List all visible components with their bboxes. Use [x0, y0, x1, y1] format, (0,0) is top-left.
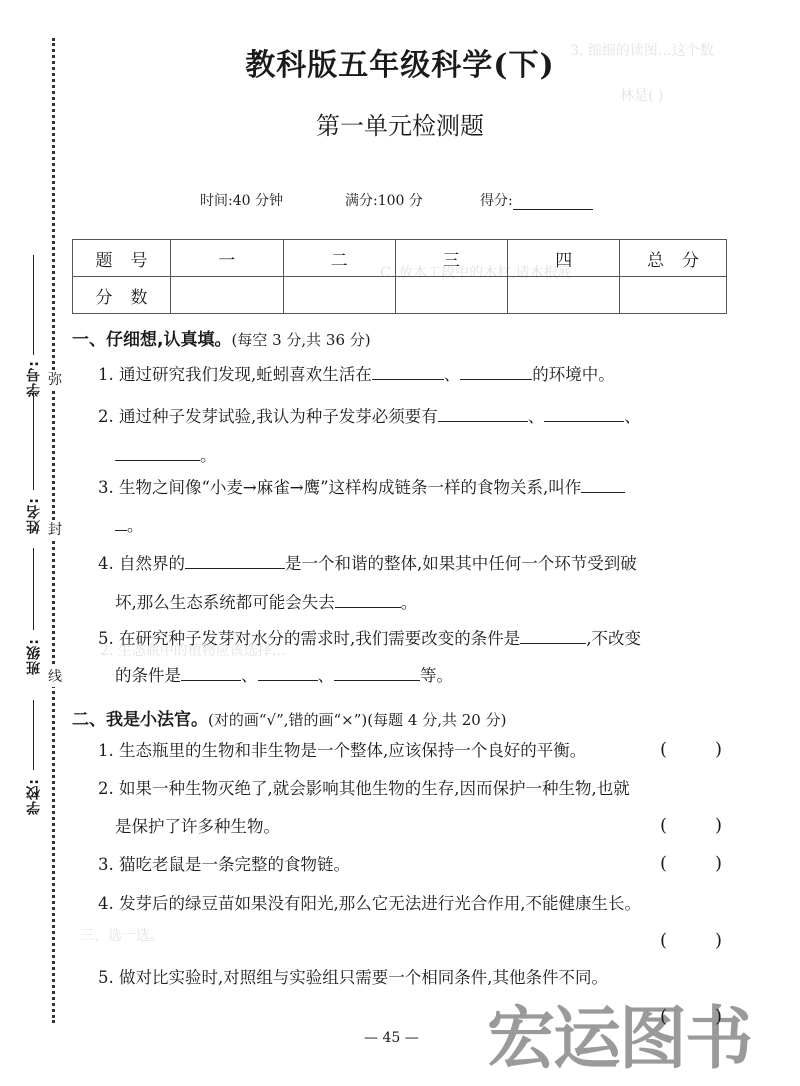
bleed-through-text: 林是( ) — [620, 85, 663, 105]
s1-question-1: 1. 通过研究我们发现,蚯蚓喜欢生活在、的环境中。 — [98, 362, 615, 385]
answer-paren[interactable]: () — [660, 930, 722, 951]
class-label: 班级: — [24, 638, 44, 675]
blank[interactable] — [581, 475, 625, 493]
blank[interactable] — [115, 443, 200, 461]
s2-question-2: 2. 如果一种生物灭绝了,就会影响其他生物的生存,因而保护一种生物,也就 — [98, 779, 630, 799]
score-blank[interactable] — [513, 195, 593, 210]
s1-question-4: 4. 自然界的是一个和谐的整体,如果其中任何一个环节受到破 — [98, 551, 637, 574]
blank[interactable] — [115, 513, 127, 531]
score-cell-4[interactable] — [508, 277, 620, 314]
s1-question-3-cont: 。 — [115, 513, 144, 536]
section2-title: 二、我是小法官。 — [72, 710, 208, 730]
blank[interactable] — [372, 362, 444, 380]
blank[interactable] — [520, 626, 586, 644]
s1-question-3: 3. 生物之间像“小麦→麻雀→鹰”这样构成链条一样的食物关系,叫作 — [98, 475, 625, 498]
score-table-header-row: 题号 一 二 三 四 总分 — [73, 240, 727, 277]
s2-question-4: 4. 发芽后的绿豆苗如果没有阳光,那么它无法进行光合作用,不能健康生长。 — [98, 894, 641, 914]
name-label: 姓名: — [24, 497, 44, 534]
header-cell-total: 总分 — [620, 240, 727, 277]
name-line[interactable] — [33, 392, 34, 490]
seal-word-xian: 线 — [48, 667, 62, 687]
score-cell-3[interactable] — [395, 277, 508, 314]
full-score: 满分:100 分 — [345, 190, 423, 210]
header-cell-3: 三 — [395, 240, 508, 277]
bleed-through-text: 三、选一选。 — [80, 925, 164, 945]
page-subtitle: 第一单元检测题 — [0, 106, 800, 141]
blank[interactable] — [258, 663, 318, 681]
s2-question-3: 3. 猫吃老鼠是一条完整的食物链。 — [98, 855, 350, 875]
section1-title: 一、仔细想,认真填。 — [72, 330, 231, 350]
score-cell-2[interactable] — [283, 277, 395, 314]
school-field[interactable]: 学校: — [24, 700, 44, 860]
score-table-score-row: 分数 — [73, 277, 727, 314]
score-table: 题号 一 二 三 四 总分 分数 — [72, 239, 727, 314]
score-label: 得分: — [480, 193, 513, 209]
header-cell-1: 一 — [170, 240, 283, 277]
class-line[interactable] — [33, 548, 34, 630]
time-limit: 时间:40 分钟 — [200, 190, 283, 210]
answer-paren[interactable]: () — [660, 815, 722, 836]
score-cell-total[interactable] — [620, 277, 727, 314]
s2-question-1: 1. 生态瓶里的生物和非生物是一个整体,应该保持一个良好的平衡。 — [98, 741, 586, 761]
blank[interactable] — [438, 404, 528, 422]
header-cell-2: 二 — [283, 240, 395, 277]
blank[interactable] — [334, 663, 420, 681]
s1-question-2-cont: 。 — [115, 443, 217, 466]
header-cell-label: 题号 — [73, 240, 171, 277]
header-cell-4: 四 — [508, 240, 620, 277]
name-field[interactable]: 姓名: — [24, 392, 44, 552]
section2-heading: 二、我是小法官。(对的画“√”,错的画“×”)(每题 4 分,共 20 分) — [72, 705, 506, 730]
publisher-watermark: 宏运图书 — [487, 985, 751, 1082]
s2-question-2-cont: 是保护了许多种生物。 — [115, 817, 280, 837]
answer-paren[interactable]: () — [660, 853, 722, 874]
class-field[interactable]: 班级: — [24, 548, 44, 708]
seal-word-mi: 弥 — [48, 370, 62, 390]
blank[interactable] — [181, 663, 241, 681]
seal-word-feng: 封 — [48, 520, 62, 540]
s1-question-4-cont: 坏,那么生态系统都可能会失去。 — [115, 590, 417, 613]
blank[interactable] — [185, 551, 285, 569]
school-label: 学校: — [24, 778, 44, 815]
blank[interactable] — [544, 404, 624, 422]
score-row-label: 分数 — [73, 277, 171, 314]
answer-paren[interactable]: () — [660, 739, 722, 760]
score-field[interactable]: 得分: — [480, 190, 593, 210]
s1-question-5-cont: 的条件是、、等。 — [115, 663, 453, 686]
blank[interactable] — [335, 590, 401, 608]
blank[interactable] — [460, 362, 532, 380]
student-id-line[interactable] — [33, 255, 34, 355]
section2-note: (对的画“√”,错的画“×”)(每题 4 分,共 20 分) — [208, 711, 506, 729]
answer-paren[interactable]: () — [660, 1006, 722, 1027]
s1-question-2: 2. 通过种子发芽试验,我认为种子发芽必须要有、、 — [98, 404, 641, 427]
section1-heading: 一、仔细想,认真填。(每空 3 分,共 36 分) — [72, 325, 371, 350]
page-title: 教科版五年级科学(下) — [0, 40, 800, 84]
section1-note: (每空 3 分,共 36 分) — [231, 331, 370, 349]
school-line[interactable] — [33, 700, 34, 770]
s1-question-5: 5. 在研究种子发芽对水分的需求时,我们需要改变的条件是,不改变 — [98, 626, 641, 649]
page-number: — 45 — — [364, 1030, 419, 1046]
score-cell-1[interactable] — [170, 277, 283, 314]
